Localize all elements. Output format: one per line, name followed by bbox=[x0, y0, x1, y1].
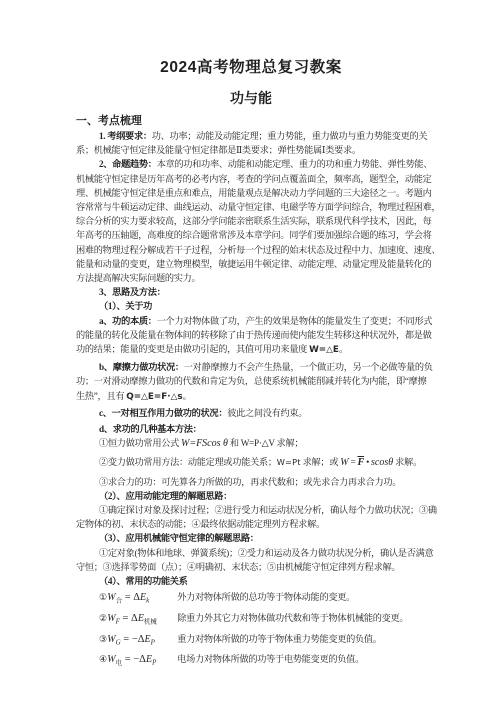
text-line: ③求合力的功：可先算各力所做的功，再求代数和；或先求合力再求合力功。 bbox=[76, 475, 434, 489]
text-segment: = −Δ bbox=[121, 634, 145, 645]
text-segment: 困难的物理过程分解成若干子过程，分析每一个过程的始末状态及过程中力、加速度、速度… bbox=[76, 245, 440, 255]
formula-expression: W电 = −ΔEP bbox=[107, 652, 177, 672]
formula-line: ③WG = −ΔEP重力对物体所做的功等于物体重力势能变更的负值。 bbox=[76, 631, 434, 651]
formula-description: 重力对物体所做的功等于物体重力势能变更的负值。 bbox=[177, 634, 381, 644]
text-line: ①定对象(物体和地球、弹簧系统)；②受力和运动及各力做功状况分析，确认是否满意 bbox=[76, 546, 434, 560]
formula-description: 除重力外其它力对物体做功代数和等于物体机械能的变更。 bbox=[177, 613, 408, 623]
text-segment-b: 1. 考纲要求： bbox=[99, 131, 152, 141]
text-segment-fi: W=FScos θ bbox=[181, 438, 228, 449]
text-segment-sub: 机械 bbox=[144, 618, 157, 625]
text-segment-fi: scosθ bbox=[371, 457, 393, 468]
formula-number: ④ bbox=[99, 654, 107, 664]
text-line: c、一对相互作用力做功的状况：彼此之间没有约束。 bbox=[76, 406, 434, 420]
text-segment-fi: W bbox=[107, 613, 115, 624]
text-segment: = Δ bbox=[120, 613, 138, 624]
text-line: 2、命题趋势：本章的功和功率、动能和动能定理、重力的功和重力势能、弹性势能、 bbox=[76, 157, 434, 171]
text-segment: 综合分析的实力要求较高，这部分学问能亲密联系生活实际，联系现代科学技术，因此，每 bbox=[76, 216, 432, 226]
formula-expression: W合 = ΔEk bbox=[107, 590, 177, 610]
formula-expression: WF = ΔE机械 bbox=[107, 611, 177, 631]
text-segment: 和 W=P·△V 求解； bbox=[228, 438, 303, 448]
text-line: d、求功的几种基本方法： bbox=[76, 422, 434, 436]
text-segment: = Δ bbox=[122, 592, 140, 603]
text-line: 困难的物理过程分解成若干子过程，分析每一个过程的始末状态及过程中力、加速度、速度… bbox=[76, 243, 434, 257]
doc-title: 2024高考物理总复习教案 bbox=[76, 57, 426, 79]
text-segment-fm2: Q=△E=F·△s bbox=[126, 392, 182, 402]
text-line: 1. 考纲要求：功、功率；动能及动能定理；重力势能，重力做功与重力势能变更的关 bbox=[76, 129, 434, 143]
text-segment-fi: W bbox=[107, 592, 115, 603]
text-segment: 3、思路及方法： bbox=[99, 287, 166, 297]
text-segment-fisub: k bbox=[146, 596, 149, 604]
text-segment: 定物体的初、末状态的动能；④最终依据动能定理列方程求解。 bbox=[76, 519, 325, 529]
text-segment: 本章的功和功率、动能和动能定理、重力的功和重力势能、弹性势能、 bbox=[157, 159, 433, 169]
formula-line: ④W电 = −ΔEP电场力对物体所做的功等于电势能变更的负值。 bbox=[76, 651, 434, 672]
formula-description: 外力对物体所做的总功等于物体动能的变更。 bbox=[177, 592, 355, 602]
text-segment: 容常常与牛顿运动定律、曲线运动、动量守恒定律、电磁学等方面学问综合，物理过程困难… bbox=[76, 202, 440, 212]
text-segment: 求解。 bbox=[393, 457, 422, 467]
text-segment: 彼此之间没有约束。 bbox=[227, 408, 307, 418]
text-line: 理、机械能守恒定律是重点和难点，用能量观点是解决动力学问题的三大途径之一。考题内 bbox=[76, 186, 434, 200]
text-segment: 一、考点梳理 bbox=[76, 115, 142, 127]
text-segment: d、求功的几种基本方法： bbox=[99, 424, 202, 434]
text-line: 守恒；③选择零势面（点）；④明确初、末状态；⑤由机械能守恒定律列方程求解。 bbox=[76, 560, 434, 574]
text-segment: 生热”，且有 bbox=[76, 391, 126, 401]
text-segment-b: c、一对相互作用力做功的状况： bbox=[99, 408, 227, 418]
text-segment-fm: W=Pt bbox=[277, 457, 301, 467]
text-line: （4）、常用的功能关系 bbox=[76, 574, 434, 588]
doc-subtitle: 功与能 bbox=[76, 88, 426, 108]
text-segment-b: b、摩擦力做功状况： bbox=[99, 362, 184, 372]
page-content: 2024高考物理总复习教案 功与能 一、考点梳理1. 考纲要求：功、功率；动能及… bbox=[0, 0, 500, 671]
text-segment-b: 2、命题趋势： bbox=[99, 159, 157, 169]
text-line: 一、考点梳理 bbox=[76, 114, 434, 129]
text-line: ①恒力做功常用公式 W=FScos θ 和 W=P·△V 求解； bbox=[76, 436, 434, 451]
text-segment: 功的结果；能量的变更是由做功引起的，其值可用功来量度 bbox=[76, 344, 309, 354]
text-line: b、摩擦力做功状况：一对静摩擦力不会产生热量，一个做正功，另一个必做等量的负 bbox=[76, 360, 434, 374]
formula-description: 电场力对物体所做的功等于电势能变更的负值。 bbox=[177, 654, 364, 664]
text-segment-fisub: P bbox=[152, 658, 156, 666]
text-segment-fi: W bbox=[107, 654, 115, 665]
text-segment: 能量和动量的变更，建立物理模型，敏捷运用牛顿定律、动能定理、动量定理及能量转化的 bbox=[76, 259, 432, 269]
document-body: 一、考点梳理1. 考纲要求：功、功率；动能及动能定理；重力势能，重力做功与重力势… bbox=[76, 114, 434, 671]
text-line: 容常常与牛顿运动定律、曲线运动、动量守恒定律、电磁学等方面学问综合，物理过程困难… bbox=[76, 200, 434, 214]
formula-number: ③ bbox=[99, 634, 107, 644]
text-line: 3、思路及方法： bbox=[76, 285, 434, 299]
text-segment-b: a、功的本质： bbox=[99, 316, 157, 326]
text-segment: 求解；或 bbox=[301, 457, 341, 467]
text-line: 能量和动量的变更，建立物理模型，敏捷运用牛顿定律、动能定理、动量定理及能量转化的 bbox=[76, 257, 434, 271]
text-segment: 机械能守恒定律是历年高考的必考内容，考查的学问点覆盖面全，频率高，题型全，动能定 bbox=[76, 174, 432, 184]
text-line: 定物体的初、末状态的动能；④最终依据动能定理列方程求解。 bbox=[76, 517, 434, 531]
text-line: （2）、应用动能定理的解题思路： bbox=[76, 489, 434, 503]
text-line: ①确定探讨对象及探讨过程；②进行受力和运动状况分析，确认每个力做功状况；③确 bbox=[76, 503, 434, 517]
text-segment: ①恒力做功常用公式 bbox=[99, 438, 181, 448]
text-line: （3）、应用机械能守恒定律的解题思路： bbox=[76, 531, 434, 545]
text-segment: （2）、应用动能定理的解题思路： bbox=[99, 491, 232, 501]
document-page: 2024高考物理总复习教案 功与能 一、考点梳理1. 考纲要求：功、功率；动能及… bbox=[0, 0, 500, 707]
text-segment: 守恒；③选择零势面（点）；④明确初、末状态；⑤由机械能守恒定律列方程求解。 bbox=[76, 562, 400, 572]
text-line: 系；机械能守恒定律及能量守恒定律都是Ⅱ类要求；弹性势能属Ⅰ类要求。 bbox=[76, 143, 434, 157]
formula-line: ①W合 = ΔEk外力对物体所做的总功等于物体动能的变更。 bbox=[76, 589, 434, 610]
text-segment-fm2: W=△E bbox=[309, 345, 339, 355]
text-segment: ②变力做功常用方法：动能定理或功能关系； bbox=[99, 457, 277, 467]
text-segment: 年高考的压轴题，高难度的综合题常常涉及本章学问。同学们要加强综合题的练习，学会将 bbox=[76, 230, 432, 240]
text-segment: 功、功率；动能及动能定理；重力势能，重力做功与重力势能变更的关 bbox=[152, 131, 428, 141]
text-segment: 系；机械能守恒定律及能量守恒定律都是Ⅱ类要求；弹性势能属Ⅰ类要求。 bbox=[76, 145, 361, 155]
text-segment-fi: W bbox=[340, 457, 348, 468]
text-line: 功；一对滑动摩擦力做功的代数和肯定为负，总使系统机械能削减并转化为内能，即“摩擦 bbox=[76, 374, 434, 388]
formula-expression: WG = −ΔEP bbox=[107, 632, 177, 651]
text-segment: ①确定探讨对象及探讨过程；②进行受力和运动状况分析，确认每个力做功状况；③确 bbox=[99, 505, 437, 515]
text-segment: ①定对象(物体和地球、弹簧系统)；②受力和运动及各力做功状况分析，确认是否满意 bbox=[99, 548, 433, 558]
text-segment: 方法提高解决实际问题的实力。 bbox=[76, 273, 200, 283]
text-line: 功的结果；能量的变更是由做功引起的，其值可用功来量度 W=△E。 bbox=[76, 342, 434, 357]
text-line: 年高考的压轴题，高难度的综合题常常涉及本章学问。同学们要加强综合题的练习，学会将 bbox=[76, 228, 434, 242]
formula-number: ② bbox=[99, 613, 107, 623]
text-segment: 一对静摩擦力不会产生热量，一个做正功，另一个必做等量的负 bbox=[184, 362, 433, 372]
text-segment-fisub: P bbox=[151, 638, 155, 646]
text-line: 综合分析的实力要求较高，这部分学问能亲密联系生活实际，联系现代科学技术，因此，每 bbox=[76, 214, 434, 228]
text-line: 的能量的转化及能量在物体间的转移除了由于热传递而使内能发生转移这种状况外，都是做 bbox=[76, 328, 434, 342]
text-line: a、功的本质：一个力对物体做了功，产生的效果是物体的能量发生了变更；不同形式 bbox=[76, 314, 434, 328]
text-segment: （1）、关于功 bbox=[99, 301, 152, 311]
text-segment: （3）、应用机械能守恒定律的解题思路： bbox=[99, 533, 259, 543]
formula-line: ②WF = ΔE机械除重力外其它力对物体做功代数和等于物体机械能的变更。 bbox=[76, 610, 434, 631]
text-segment: 的能量的转化及能量在物体间的转移除了由于热传递而使内能发生转移这种状况外，都是做 bbox=[76, 330, 432, 340]
text-segment: ③求合力的功：可先算各力所做的功，再求代数和；或先求合力再求合力功。 bbox=[99, 477, 401, 487]
text-segment: 。 bbox=[183, 391, 192, 401]
text-line: 机械能守恒定律是历年高考的必考内容，考查的学问点覆盖面全，频率高，题型全，动能定 bbox=[76, 172, 434, 186]
text-segment-fi: W bbox=[107, 634, 115, 645]
formula-number: ① bbox=[99, 592, 107, 602]
text-segment: 理、机械能守恒定律是重点和难点，用能量观点是解决动力学问题的三大途径之一。考题内 bbox=[76, 188, 432, 198]
text-line: ②变力做功常用方法：动能定理或功能关系；W=Pt 求解；或 W = F • sc… bbox=[76, 455, 434, 470]
text-line: 生热”，且有 Q=△E=F·△s。 bbox=[76, 389, 434, 404]
text-line: 方法提高解决实际问题的实力。 bbox=[76, 271, 434, 285]
text-segment: = −Δ bbox=[122, 654, 146, 665]
text-line: （1）、关于功 bbox=[76, 299, 434, 313]
text-segment: 。 bbox=[339, 344, 348, 354]
text-segment: 功；一对滑动摩擦力做功的代数和肯定为负，总使系统机械能削减并转化为内能，即“摩擦 bbox=[76, 376, 426, 386]
text-segment: • bbox=[364, 457, 371, 467]
text-segment: 一个力对物体做了功，产生的效果是物体的能量发生了变更；不同形式 bbox=[157, 316, 433, 326]
text-segment: （4）、常用的功能关系 bbox=[99, 576, 188, 586]
